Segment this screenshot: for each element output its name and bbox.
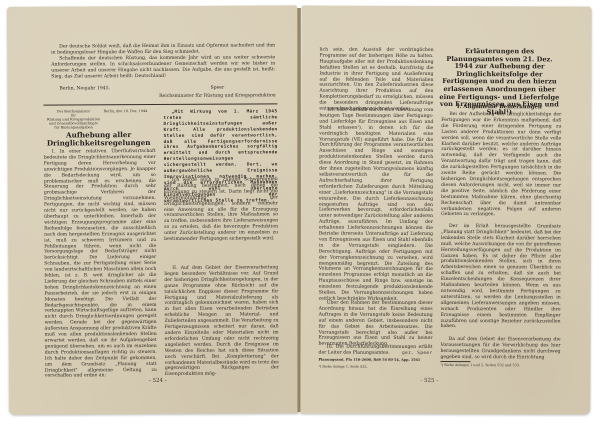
decree-right-paragraph-1: Ich werde auch in Zukunft Schwerpunkte d… — [164, 177, 278, 243]
decree-title: Aufhebung aller Dringlichkeitsregelungen — [44, 131, 154, 148]
intro-place-date: Berlin, Neujahr 1945. — [59, 86, 159, 92]
right-page-paragraph-3: Über den Rahmen der Bestimmungen dieser … — [319, 301, 433, 349]
decree-body-left-column: I. In einer relativen Überflußwirtschaft… — [44, 149, 157, 380]
intro-paragraph-1: Der deutsche Soldat weiß, daß die Heimat… — [51, 43, 275, 56]
intro-signature-name: Speer — [157, 85, 277, 92]
footnote-right: ¹) Siehe Anlagen 1 und 2, Seiten 532 und… — [440, 363, 560, 368]
explanations-paragraph-2: Der im Erlaß herausgestellte Grundsatz „… — [441, 224, 561, 331]
right-page-paragraph-1: lich sein, den Ausstoß der vordringliche… — [319, 48, 433, 113]
section-heading-general-remarks: I. Allgemeine Bemerkungen — [437, 104, 561, 110]
section-divider — [43, 103, 277, 105]
explanations-paragraph-3: Da auf dem Gebiet der Eisenverarbeitung … — [440, 337, 560, 361]
explanations-paragraph-1: Bei der Aufhebung der Dringlichkeitsfolg… — [441, 112, 561, 219]
intro-signature-title: Reichsminister für Rüstung und Kriegspro… — [157, 93, 277, 100]
signature-speer: gez. Speer — [392, 351, 432, 357]
page-number-left: - 524 - — [149, 378, 167, 384]
page-number-right: - 525 - — [420, 378, 438, 384]
footnote-rule — [440, 361, 470, 362]
footnote-left: ¹) Siehe Anlage 1, Seite 532. — [318, 365, 432, 370]
decree-date: Berlin, den 18. Dez. 1944 — [103, 109, 163, 114]
intro-paragraph-2: Schaffende der deutschen Rüstung, das ko… — [51, 55, 275, 80]
decree-right-paragraph-2: II. Auf dem Gebiet der Eisenverarbeitung… — [164, 265, 279, 378]
left-page: Der deutsche Soldat weiß, daß die Heimat… — [7, 5, 299, 415]
reference-line: Planungsamt, Pla 110-2600, RdS 54 80 54,… — [318, 358, 432, 363]
right-page-paragraph-2: Ich habe deshalb durch eine Anordnung vo… — [319, 108, 434, 303]
issuer-line-5: für Rüstungsaufgaben — [44, 125, 104, 130]
right-page: lich sein, den Ausstoß der vordringliche… — [300, 5, 591, 414]
